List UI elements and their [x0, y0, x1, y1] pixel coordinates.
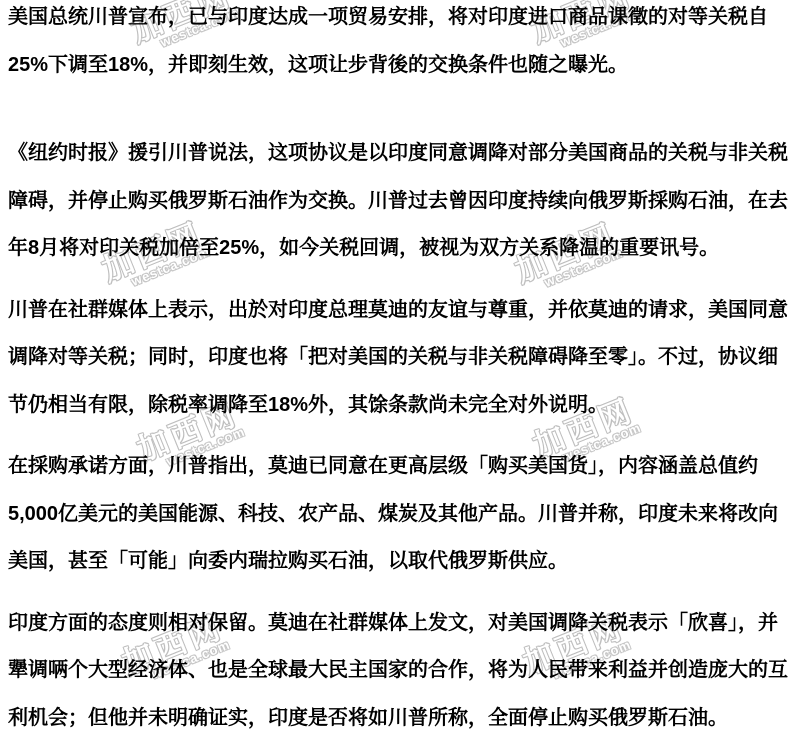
article-paragraph: 川普在社群媒体上表示，出於对印度总理莫迪的友谊与尊重，并依莫迪的请求，美国同意调… [8, 287, 795, 430]
article-body: 美国总统川普宣布，已与印度达成一项贸易安排，将对印度进口商品课徵的对等关税自25… [0, 0, 800, 736]
article-paragraph: 印度方面的态度则相对保留。莫迪在社群媒体上发文，对美国调降关税表示「欣喜」，并犟… [8, 600, 795, 736]
article-paragraph: 在採购承诺方面，川普指出，莫迪已同意在更高层级「购买美国货」，内容涵盖总值约5,… [8, 443, 795, 586]
article-page: 加西网westca.com加西网westca.com加西网westca.com加… [0, 0, 800, 736]
article-paragraph: 美国总统川普宣布，已与印度达成一项贸易安排，将对印度进口商品课徵的对等关税自25… [8, 0, 795, 89]
article-paragraph: 《纽约时报》援引川普说法，这项协议是以印度同意调降对部分美国商品的关税与非关税障… [8, 130, 795, 273]
